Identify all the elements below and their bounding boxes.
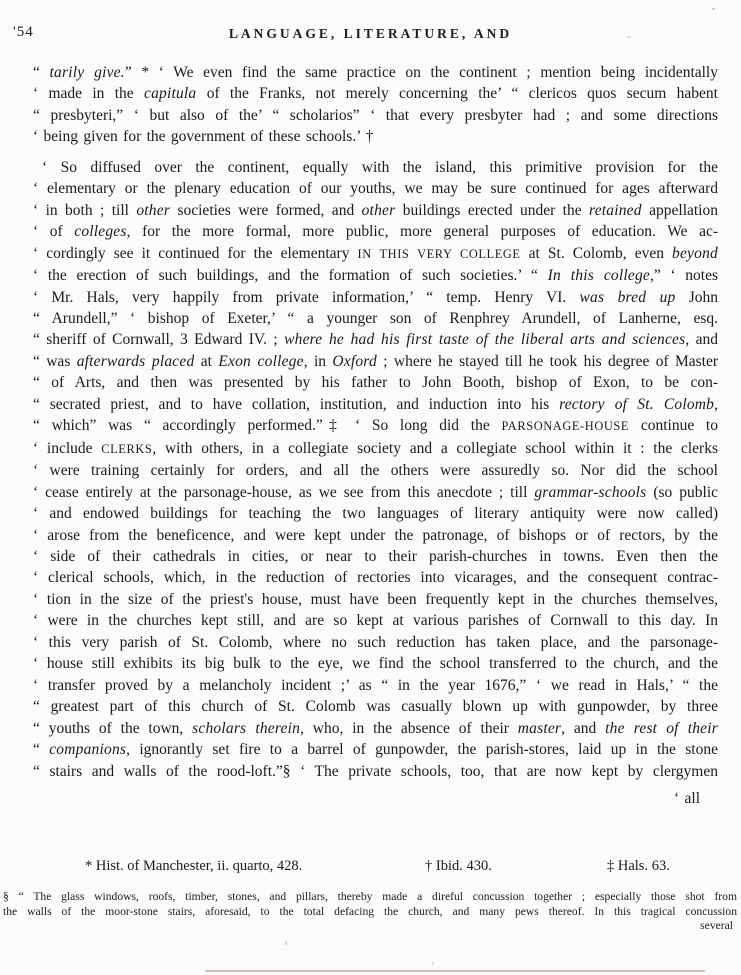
footnote-ref: * Hist. of Manchester, ii. quarto, 428. — [85, 858, 302, 875]
text-line: ‘ the erection of such buildings, and th… — [33, 265, 718, 286]
text-line: “ stairs and walls of the rood-loft.”§ ‘… — [33, 761, 718, 782]
scan-speck — [627, 36, 631, 38]
text-line: ‘ house still exhibits its big bulk to t… — [33, 653, 718, 674]
footnote-section: § “ The glass windows, roofs, timber, st… — [3, 890, 737, 934]
text-line: “ was afterwards placed at Exon college,… — [33, 351, 718, 372]
footnote-ref: ‡ Hals. 63. — [607, 858, 670, 875]
text-line: ‘ arose from the beneficence, and were k… — [33, 525, 718, 546]
text-line: “ of Arts, and then was presented by his… — [33, 372, 718, 393]
text-line: ‘ in both ; till other societies were fo… — [33, 200, 718, 221]
text-line: ‘ were in the churches kept still, and a… — [33, 610, 718, 631]
text-line: ‘ being given for the government of thes… — [33, 126, 718, 147]
text-line: “ secrated priest, and to have collation… — [33, 394, 718, 415]
text-line: “ sheriff of Cornwall, 3 Edward IV. ; wh… — [33, 329, 718, 350]
footnote-ref: † Ibid. 430. — [425, 858, 492, 875]
text-line: ‘ of colleges, for the more formal, more… — [33, 221, 718, 242]
text-line: “ greatest part of this church of St. Co… — [33, 696, 718, 717]
text-line: “ youths of the town, scholars therein, … — [33, 718, 718, 739]
text-line: “ tarily give.” * ‘ We even find the sam… — [33, 62, 718, 83]
text-line: ‘ cordingly see it continued for the ele… — [33, 243, 718, 265]
text-line: ‘ So diffused over the continent, equall… — [33, 157, 718, 178]
scan-speck — [236, 34, 239, 37]
text-line: ‘ side of their cathedrals in cities, or… — [33, 546, 718, 567]
footnote-line: § “ The glass windows, roofs, timber, st… — [3, 890, 737, 905]
footnote-line: the walls of the moor-stone stairs, afor… — [3, 905, 737, 920]
text-line: “ Arundell,” ‘ bishop of Exeter,’ “ a yo… — [33, 308, 718, 329]
paragraph: “ tarily give.” * ‘ We even find the sam… — [33, 62, 718, 148]
book-page: '54 LANGUAGE, LITERATURE, AND “ tarily g… — [0, 0, 741, 975]
text-line: ‘ were training certainly for orders, an… — [33, 460, 718, 481]
text-line: ‘ this very parish of St. Colomb, where … — [33, 632, 718, 653]
text-line: “ companions, ignorantly set fire to a b… — [33, 739, 718, 760]
text-line: ‘ Mr. Hals, very happily from private in… — [33, 287, 718, 308]
scan-speck — [712, 8, 715, 10]
body-text: “ tarily give.” * ‘ We even find the sam… — [33, 62, 718, 809]
scan-edge-line — [205, 970, 705, 972]
footnote-refs: * Hist. of Manchester, ii. quarto, 428.†… — [33, 858, 718, 878]
page-catchword: ‘ all — [33, 788, 718, 809]
scan-speck — [285, 941, 287, 945]
text-line: ‘ include CLERKS, with others, in a coll… — [33, 438, 718, 460]
text-line: ‘ cease entirely at the parsonage-house,… — [33, 482, 718, 503]
text-line: ‘ elementary or the plenary education of… — [33, 178, 718, 199]
footnote-catchword: several — [3, 919, 737, 934]
scan-speck — [432, 962, 434, 965]
running-title: LANGUAGE, LITERATURE, AND — [0, 26, 741, 42]
text-line: “ presbyteri,” ‘ but also of the’ “ scho… — [33, 105, 718, 126]
footnote-section-text: § “ The glass windows, roofs, timber, st… — [3, 890, 737, 919]
text-line: ‘ clerical schools, which, in the reduct… — [33, 567, 718, 588]
text-line: ‘ made in the capitula of the Franks, no… — [33, 83, 718, 104]
text-line: ‘ and endowed buildings for teaching the… — [33, 503, 718, 524]
text-line: ‘ transfer proved by a melancholy incide… — [33, 675, 718, 696]
text-line: “ which” was “ accordingly performed.”‡ … — [33, 415, 718, 437]
text-line: ‘ tion in the size of the priest's house… — [33, 589, 718, 610]
paragraph: ‘ So diffused over the continent, equall… — [33, 157, 718, 782]
